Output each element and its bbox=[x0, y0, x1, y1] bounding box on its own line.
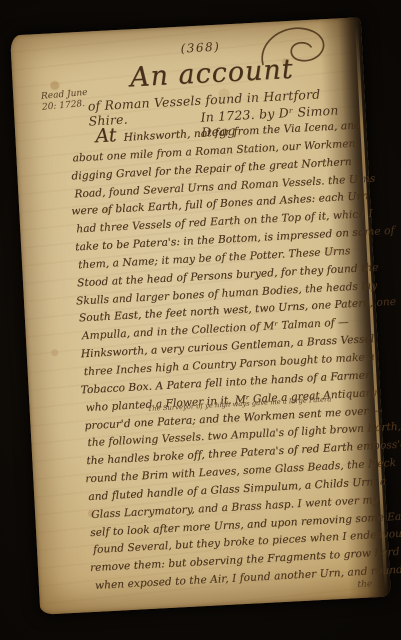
manuscript-page: (368) An account of Roman Vessels found … bbox=[10, 17, 391, 615]
margin-note: Read June 20: 1728. bbox=[41, 88, 89, 114]
opening-word: At bbox=[95, 126, 117, 146]
catchword: the bbox=[357, 579, 372, 590]
manuscript-photo: (368) An account of Roman Vessels found … bbox=[0, 0, 401, 640]
page-number: (368) bbox=[180, 40, 220, 56]
manuscript-body: AtHinksworth, not far from the Via Icena… bbox=[69, 114, 378, 596]
